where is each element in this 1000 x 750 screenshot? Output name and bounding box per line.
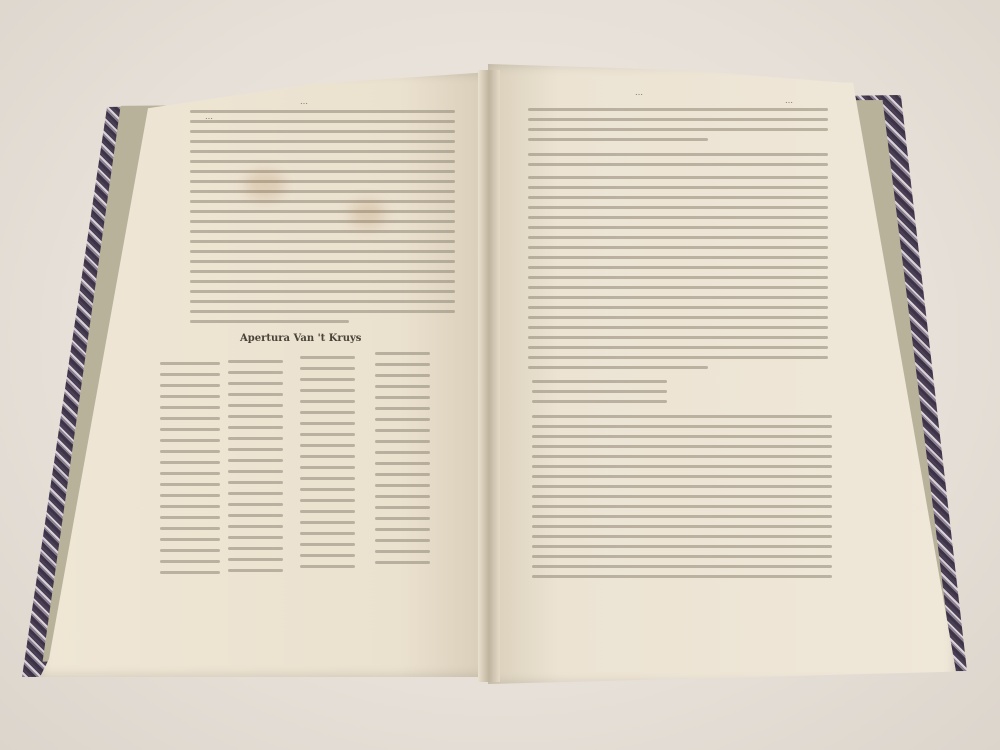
table-column	[375, 352, 430, 572]
right-body-text-top	[528, 108, 828, 376]
left-running-head: …	[300, 97, 309, 106]
table-column	[160, 362, 220, 582]
right-body-text-bottom	[532, 380, 832, 585]
section-heading: Apertura Van 't Kruys	[240, 333, 361, 344]
table-column	[300, 356, 355, 576]
book-gutter	[478, 70, 500, 682]
page-stain	[245, 170, 285, 200]
right-running-head: …	[635, 88, 644, 97]
page-stain	[350, 200, 385, 228]
right-page-number: …	[785, 96, 794, 105]
table-column	[228, 360, 283, 580]
left-body-text	[190, 110, 455, 330]
